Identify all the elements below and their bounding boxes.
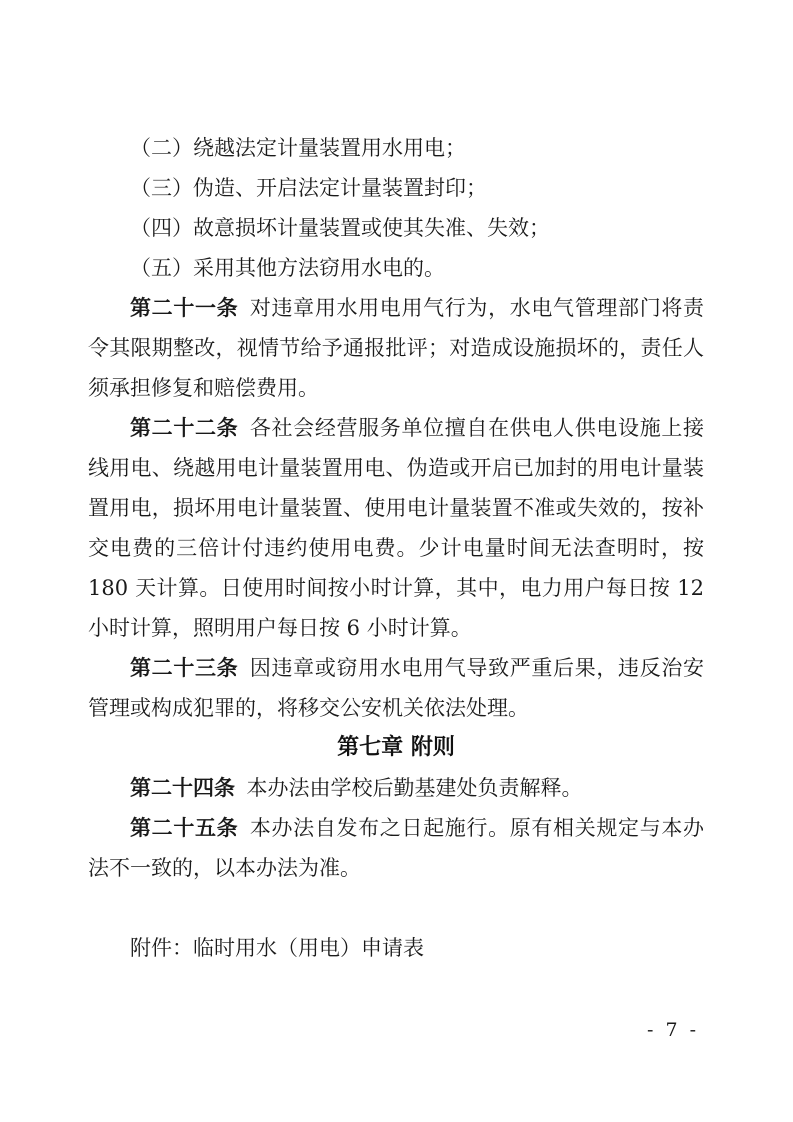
article-22-label: 第二十二条 [130, 415, 238, 440]
article-25-label: 第二十五条 [130, 815, 238, 840]
clause-item-5: （五）采用其他方法窃用水电的。 [88, 248, 704, 288]
document-page: （二）绕越法定计量装置用水用电； （三）伪造、开启法定计量装置封印； （四）故意… [0, 0, 793, 1122]
article-25: 第二十五条本办法自发布之日起施行。原有相关规定与本办法不一致的，以本办法为准。 [88, 808, 704, 888]
document-body: （二）绕越法定计量装置用水用电； （三）伪造、开启法定计量装置封印； （四）故意… [88, 128, 704, 968]
clause-item-3: （三）伪造、开启法定计量装置封印； [88, 168, 704, 208]
article-23: 第二十三条因违章或窃用水电用气导致严重后果，违反治安管理或构成犯罪的，将移交公安… [88, 648, 704, 728]
chapter-7-heading: 第七章 附则 [88, 728, 704, 768]
page-number: - 7 - [647, 1018, 699, 1042]
article-22: 第二十二条各社会经营服务单位擅自在供电人供电设施上接线用电、绕越用电计量装置用电… [88, 408, 704, 648]
clause-item-4: （四）故意损坏计量装置或使其失准、失效； [88, 208, 704, 248]
attachment-reference: 附件：临时用水（用电）申请表 [88, 928, 704, 968]
article-21-label: 第二十一条 [130, 295, 238, 320]
article-24: 第二十四条本办法由学校后勤基建处负责解释。 [88, 768, 704, 808]
article-23-label: 第二十三条 [130, 655, 238, 680]
article-24-text: 本办法由学校后勤基建处负责解释。 [247, 776, 583, 800]
article-24-label: 第二十四条 [130, 775, 235, 800]
clause-item-2: （二）绕越法定计量装置用水用电； [88, 128, 704, 168]
article-22-text: 各社会经营服务单位擅自在供电人供电设施上接线用电、绕越用电计量装置用电、伪造或开… [88, 416, 704, 640]
article-21: 第二十一条对违章用水用电用气行为，水电气管理部门将责令其限期整改，视情节给予通报… [88, 288, 704, 408]
